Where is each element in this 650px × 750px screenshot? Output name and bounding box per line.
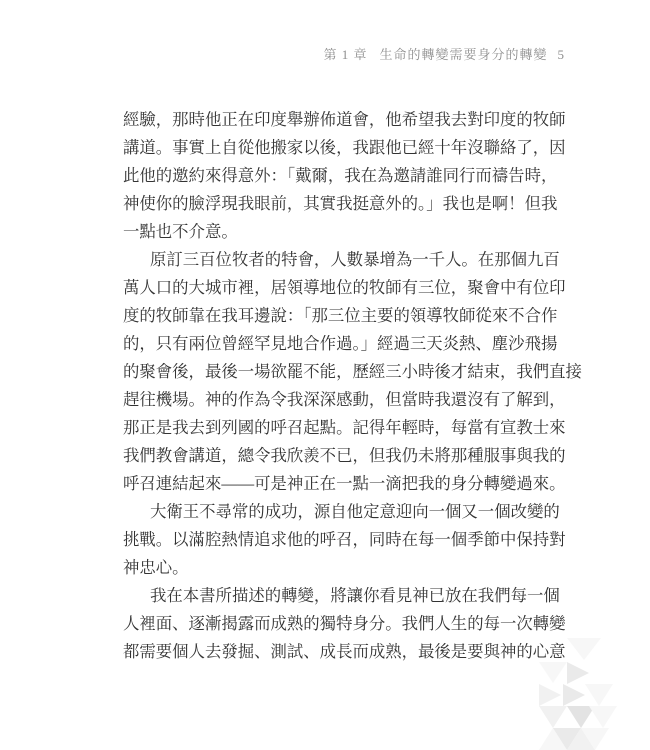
running-header: 第 1 章生命的轉變需要身分的轉變5 [323, 44, 565, 63]
text-line: 人裡面、逐漸揭露而成熟的獨特身分。我們人生的每一次轉變 [123, 610, 583, 638]
book-page: 第 1 章生命的轉變需要身分的轉變5 經驗，那時他正在印度舉辦佈道會，他希望我去… [0, 0, 650, 750]
text-line: 原訂三百位牧者的特會，人數暴增為一千人。在那個九百 [123, 246, 583, 274]
text-line: 一點也不介意。 [123, 218, 583, 246]
mosaic-triangle [563, 684, 585, 706]
text-line: 那正是我去到列國的呼召起點。記得年輕時，每當有宣教士來 [123, 414, 583, 442]
text-line: 的聚會後，最後一場欲罷不能，歷經三小時後才結束，我們直接 [123, 358, 583, 386]
text-line: 我在本書所描述的轉變，將讓你看見神已放在我們每一個 [123, 582, 583, 610]
mosaic-triangle [567, 638, 601, 660]
text-line: 趕往機場。神的作為令我深深感動，但當時我還沒有了解到， [123, 386, 583, 414]
text-line: 都需要個人去發掘、測試、成長而成熟，最後是要與神的心意 [123, 638, 583, 666]
mosaic-triangle [539, 706, 567, 728]
mosaic-triangle [567, 706, 595, 728]
text-line: 度的牧師靠在我耳邊說：「那三位主要的領導牧師從來不合作 [123, 302, 583, 330]
text-line: 呼召連結起來——可是神正在一點一滴把我的身分轉變過來。 [123, 470, 583, 498]
text-line: 講道。事實上自從他搬家以後，我跟他已經十年沒聯絡了，因 [123, 134, 583, 162]
triangle-mosaic-decoration [533, 638, 617, 750]
mosaic-triangle [567, 662, 589, 684]
paragraph: 我在本書所描述的轉變，將讓你看見神已放在我們每一個人裡面、逐漸揭露而成熟的獨特身… [123, 582, 583, 666]
paragraph: 經驗，那時他正在印度舉辦佈道會，他希望我去對印度的牧師講道。事實上自從他搬家以後… [123, 106, 583, 246]
mosaic-triangle [589, 706, 617, 728]
mosaic-triangle [539, 684, 561, 706]
text-line: 神使你的臉浮現我眼前，其實我挺意外的。」我也是啊！但我 [123, 190, 583, 218]
body-text: 經驗，那時他正在印度舉辦佈道會，他希望我去對印度的牧師講道。事實上自從他搬家以後… [123, 106, 583, 666]
text-line: 神忠心。 [123, 554, 583, 582]
chapter-title: 生命的轉變需要身分的轉變 [379, 47, 547, 62]
mosaic-triangle [585, 684, 613, 706]
text-line: 此他的邀約來得意外：「戴爾，我在為邀請誰同行而禱告時， [123, 162, 583, 190]
paragraph: 原訂三百位牧者的特會，人數暴增為一千人。在那個九百萬人口的大城市裡，居領導地位的… [123, 246, 583, 498]
text-line: 大衛王不尋常的成功，源自他定意迎向一個又一個改變的 [123, 498, 583, 526]
text-line: 挑戰。以滿腔熱情追求他的呼召，同時在每一個季節中保持對 [123, 526, 583, 554]
page-number: 5 [558, 47, 566, 62]
text-line: 的，只有兩位曾經罕見地合作過。」經過三天炎熱、塵沙飛揚 [123, 330, 583, 358]
mosaic-triangle [539, 662, 567, 683]
text-line: 經驗，那時他正在印度舉辦佈道會，他希望我去對印度的牧師 [123, 106, 583, 134]
text-line: 萬人口的大城市裡，居領導地位的牧師有三位，聚會中有位印 [123, 274, 583, 302]
text-line: 我們教會講道，總令我欣羨不已，但我仍未將那種服事與我的 [123, 442, 583, 470]
chapter-label: 第 1 章 [323, 47, 367, 62]
paragraph: 大衛王不尋常的成功，源自他定意迎向一個又一個改變的挑戰。以滿腔熱情追求他的呼召，… [123, 498, 583, 582]
